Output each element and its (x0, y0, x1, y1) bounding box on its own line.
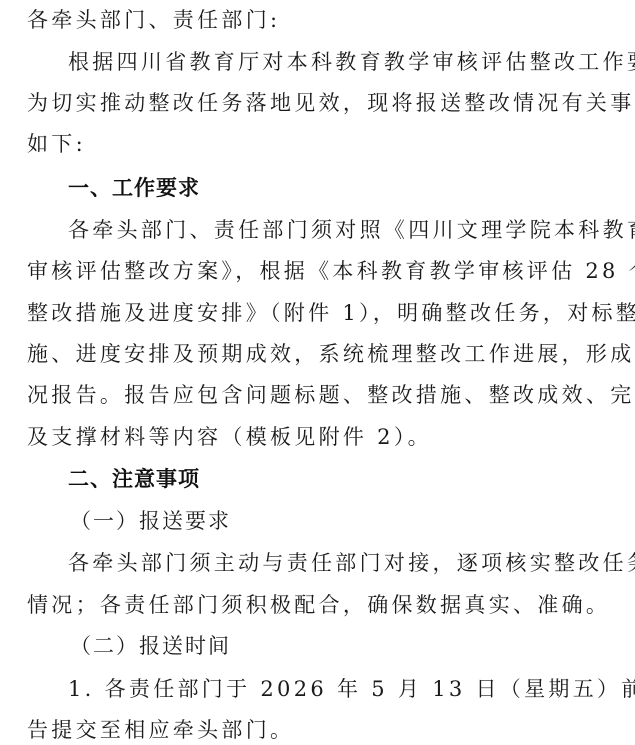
intro-line-1: 根据四川省教育厅对本科教育教学审核评估整改工作要求， (68, 49, 635, 75)
subsection-1-line-1: 各牵头部门须主动与责任部门对接，逐项核实整改任务落实 (68, 550, 635, 576)
section-1-heading: 一、工作要求 (68, 175, 200, 201)
section-1-line-3: 整改措施及进度安排》（附件 1），明确整改任务，对标整改措 (27, 300, 635, 326)
section-2-heading: 二、注意事项 (68, 466, 200, 492)
subsection-2-line-1: 1. 各责任部门于 2026 年 5 月 13 日（星期五）前，将整改报 (68, 676, 635, 702)
salutation: 各牵头部门、责任部门: (27, 7, 280, 33)
section-1-line-1: 各牵头部门、责任部门须对照《四川文理学院本科教育教学 (68, 217, 635, 243)
section-1-line-5: 况报告。报告应包含问题标题、整改措施、整改成效、完成情况 (27, 382, 635, 408)
section-1-line-2: 审核评估整改方案》，根据《本科教育教学审核评估 28 个问题 (27, 258, 635, 284)
intro-line-3: 如下: (27, 131, 86, 157)
section-1-line-6: 及支撑材料等内容（模板见附件 2）。 (27, 424, 432, 450)
subsection-1-line-2: 情况；各责任部门须积极配合，确保数据真实、准确。 (27, 592, 610, 618)
subsection-2-line-2: 告提交至相应牵头部门。 (27, 717, 294, 743)
section-1-line-4: 施、进度安排及预期成效，系统梳理整改工作进展，形成整改情 (27, 341, 635, 367)
document-page: 各牵头部门、责任部门: 根据四川省教育厅对本科教育教学审核评估整改工作要求， 为… (0, 0, 635, 745)
intro-line-2: 为切实推动整改任务落地见效，现将报送整改情况有关事项通知 (27, 90, 635, 116)
subsection-1-heading: （一）报送要求 (70, 508, 231, 534)
subsection-2-heading: （二）报送时间 (70, 633, 231, 659)
